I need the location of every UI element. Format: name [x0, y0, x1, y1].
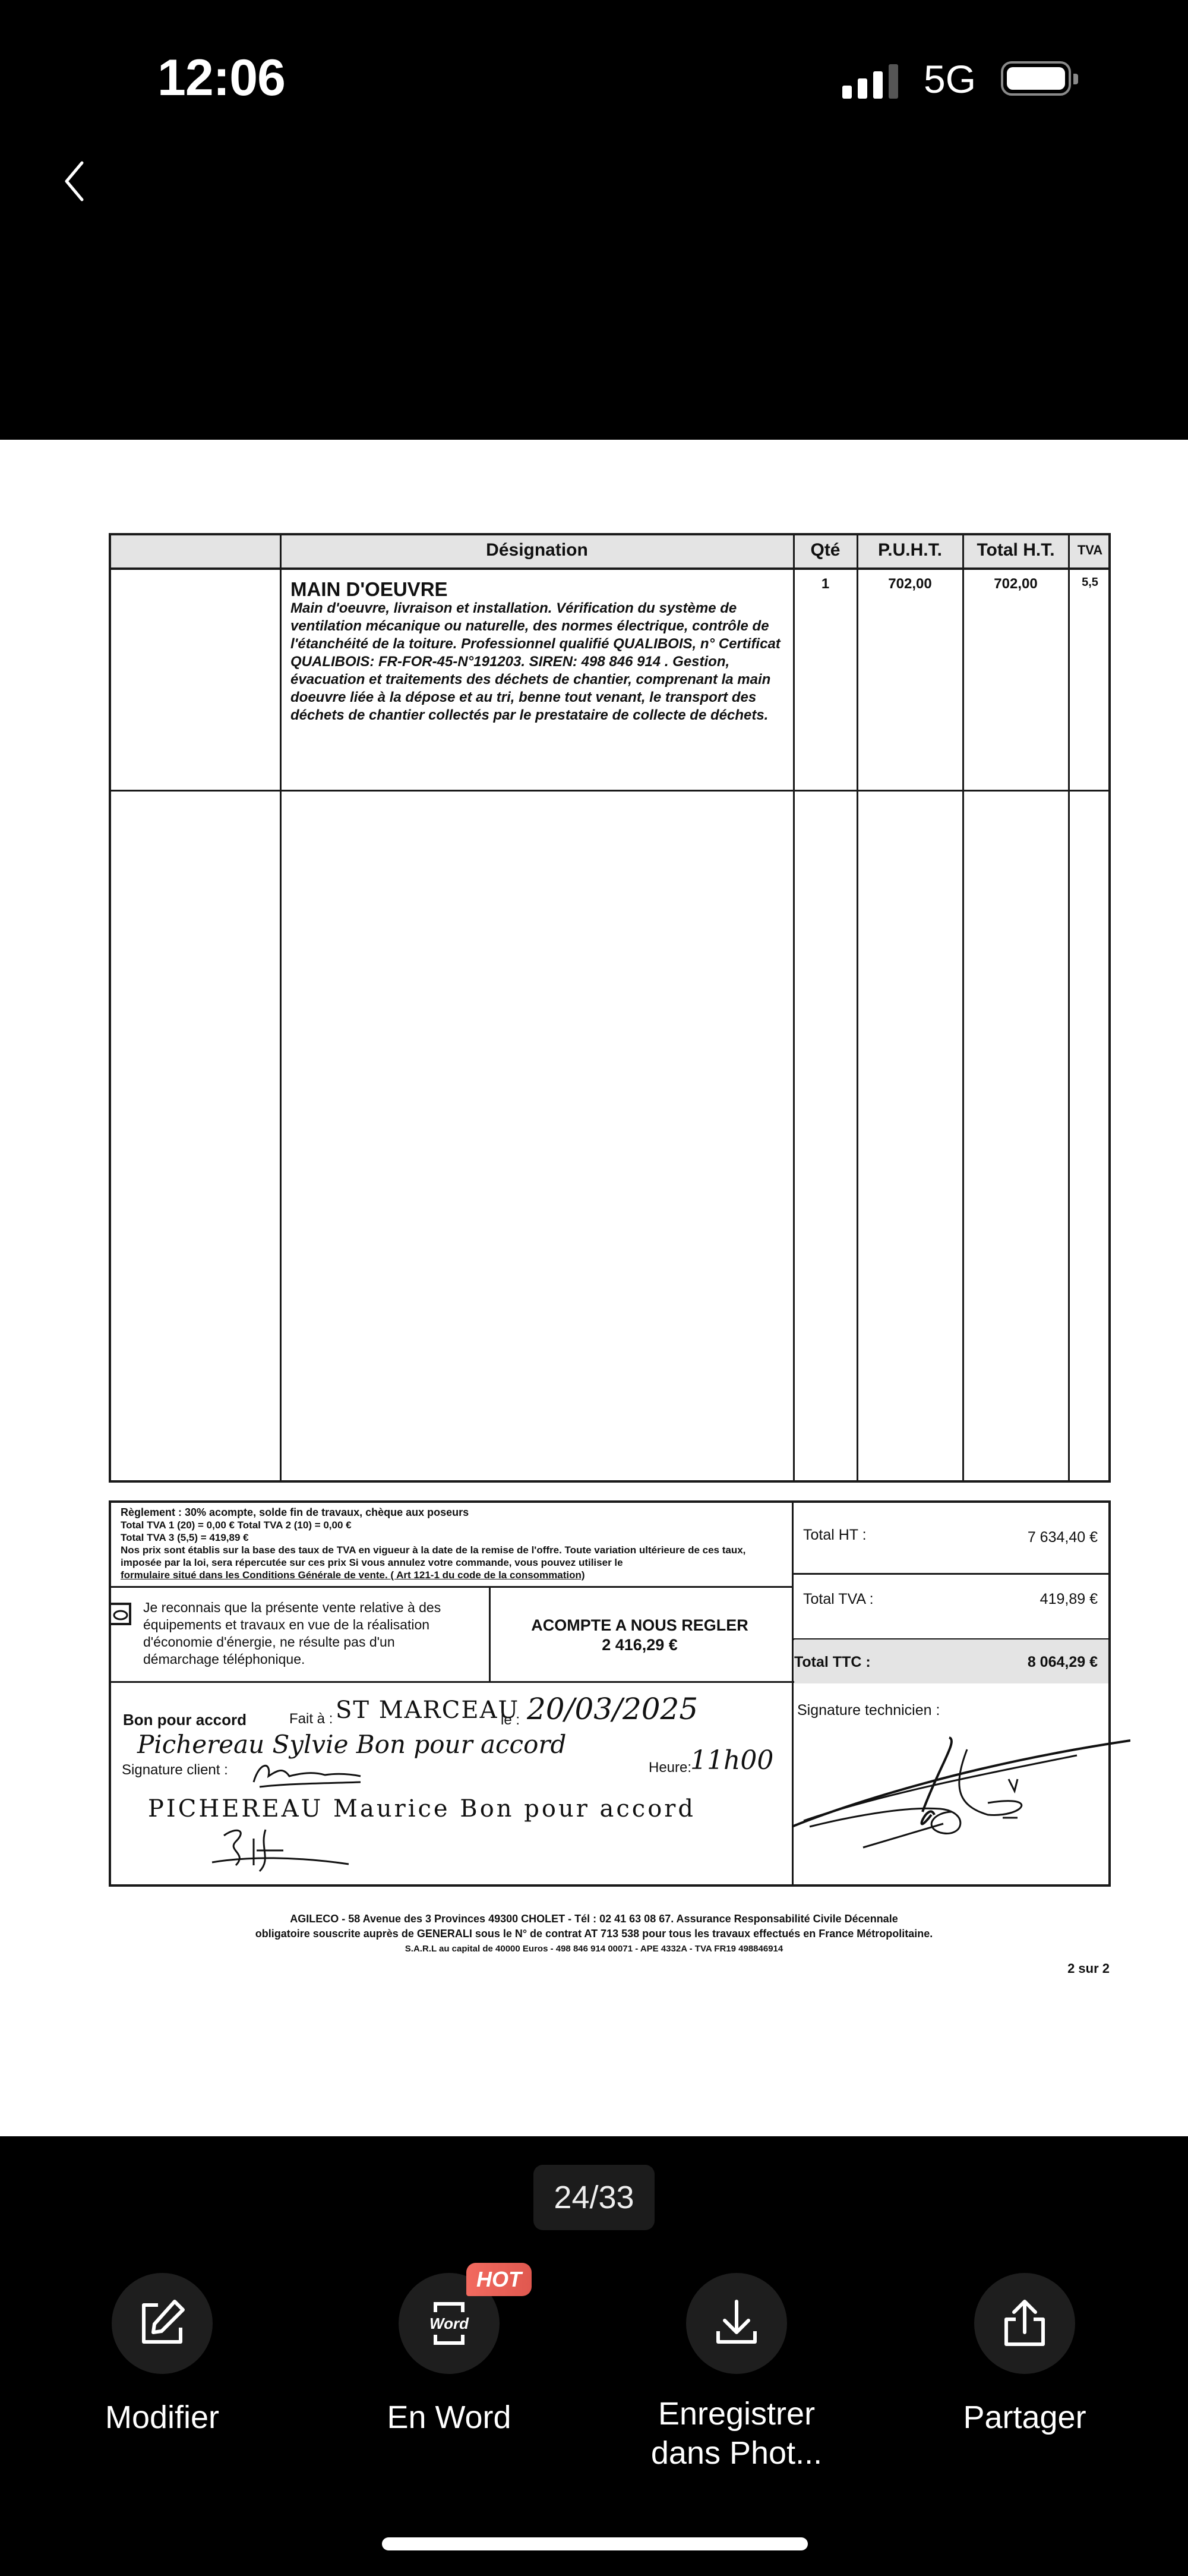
company-footer: AGILECO - 58 Avenue des 3 Provinces 4930… [0, 1912, 1188, 1956]
item-total-ht: 702,00 [963, 576, 1068, 592]
save-to-photos-button[interactable]: Enregistrer dans Phot... [624, 2273, 849, 2473]
payment-terms: Règlement : 30% acompte, solde fin de tr… [121, 1506, 786, 1581]
check-mark-icon [112, 1607, 129, 1622]
total-ht-value: 7 634,40 € [1028, 1529, 1098, 1546]
total-tva-value: 419,89 € [1040, 1591, 1098, 1608]
signature-technicien-label: Signature technicien : [797, 1702, 940, 1719]
share-button[interactable]: Partager [912, 2273, 1138, 2437]
item-tva: 5,5 [1069, 576, 1111, 589]
acompte-block: ACOMPTE A NOUS REGLER 2 416,29 € [491, 1616, 788, 1655]
footer-box: Règlement : 30% acompte, solde fin de tr… [109, 1500, 1111, 1887]
acknowledge-checkbox[interactable] [109, 1603, 131, 1625]
download-icon [710, 2297, 763, 2350]
bon-pour-accord-label: Bon pour accord [123, 1711, 247, 1729]
client-signature-1 [248, 1758, 378, 1794]
handwritten-client-1: Pichereau Sylvie Bon pour accord [137, 1730, 566, 1759]
item-description: Main d'oeuvre, livraison et installation… [290, 600, 783, 724]
total-ttc-label: Total TTC : [794, 1654, 871, 1671]
modifier-button[interactable]: Modifier [49, 2273, 275, 2437]
network-type: 5G [924, 56, 976, 102]
signature-client-label: Signature client : [122, 1762, 228, 1779]
item-qty: 1 [794, 576, 857, 592]
total-tva-label: Total TVA : [803, 1591, 874, 1608]
edit-icon [135, 2297, 189, 2350]
home-indicator[interactable] [382, 2537, 808, 2550]
item-title: MAIN D'OEUVRE [290, 578, 448, 601]
svg-text:Word: Word [429, 2315, 469, 2332]
status-time: 12:06 [157, 49, 285, 108]
total-ttc-value: 8 064,29 € [1028, 1654, 1098, 1671]
chevron-left-icon [59, 155, 95, 208]
share-icon [998, 2297, 1051, 2350]
col-total-ht: Total H.T. [963, 540, 1068, 560]
hot-badge: HOT [466, 2263, 532, 2296]
acknowledge-text: Je reconnais que la présente vente relat… [143, 1599, 452, 1668]
fait-a-label: Fait à : [289, 1711, 333, 1727]
en-word-button[interactable]: Word En Word [336, 2273, 562, 2437]
total-ht-label: Total HT : [803, 1527, 867, 1544]
date-value: 20/03/2025 [527, 1692, 698, 1726]
col-tva: TVA [1069, 543, 1111, 558]
document-page[interactable]: Désignation Qté P.U.H.T. Total H.T. TVA … [0, 440, 1188, 2136]
col-unit-price: P.U.H.T. [858, 540, 962, 560]
signal-icon [842, 64, 902, 99]
heure-label: Heure: [649, 1760, 691, 1776]
heure-value: 11h00 [690, 1745, 773, 1776]
word-icon: Word [422, 2297, 476, 2350]
handwritten-client-2: PICHEREAU Maurice Bon pour accord [148, 1795, 696, 1823]
technician-signature [792, 1723, 1130, 1865]
fait-a-value: ST MARCEAU [336, 1697, 519, 1724]
client-signature-2 [200, 1824, 355, 1877]
col-qty: Qté [794, 540, 857, 560]
item-unit-price: 702,00 [858, 576, 962, 592]
date-label: le : [501, 1712, 520, 1729]
col-designation: Désignation [281, 540, 793, 560]
battery-full-icon [1001, 61, 1071, 96]
page-number: 2 sur 2 [1067, 1961, 1110, 1976]
items-table: Désignation Qté P.U.H.T. Total H.T. TVA … [109, 533, 1111, 1483]
acompte-value: 2 416,29 € [491, 1635, 788, 1655]
cgv-link: formulaire situé dans les Conditions Gén… [121, 1569, 786, 1581]
page-indicator: 24/33 [533, 2165, 655, 2230]
back-button[interactable] [59, 155, 95, 208]
